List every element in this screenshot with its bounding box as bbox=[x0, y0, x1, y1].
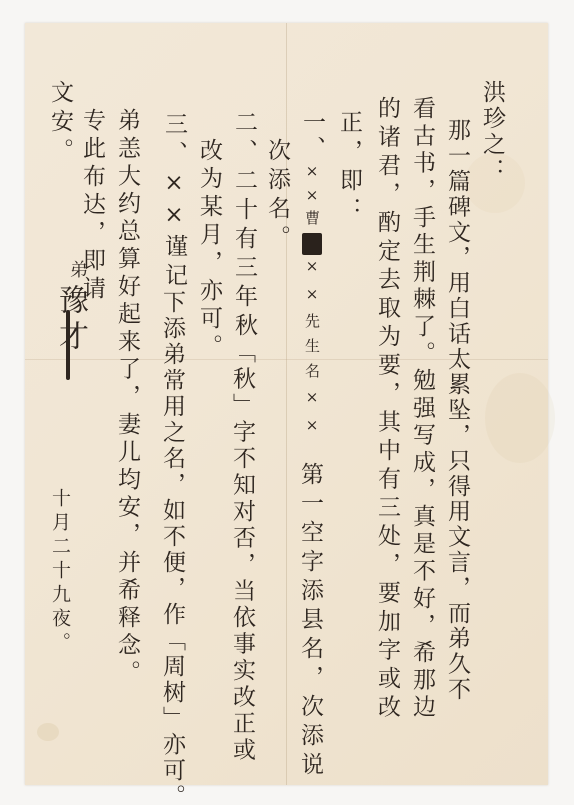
salutation: 洪珍之： bbox=[480, 80, 503, 184]
closing-line-1: 弟恙大约总算好起来了，妻儿均安，并希释念。 bbox=[115, 108, 138, 688]
body-line-3: 的诸君，酌定去取为要，其中有三处，要加字或改 bbox=[375, 96, 398, 723]
closing-line-3: 文安。 bbox=[48, 80, 71, 167]
paper-stain bbox=[37, 723, 59, 741]
item-1-continuation: 次添名。 bbox=[265, 138, 288, 254]
item-2-marker: 二、 bbox=[231, 110, 257, 168]
item-1-marker: 一、 bbox=[299, 110, 325, 162]
redaction-block bbox=[302, 233, 322, 255]
item-3-text: ××谨记 bbox=[161, 170, 187, 292]
signature-flourish bbox=[66, 310, 70, 380]
item-2-note: 「秋」字不知对否，当依事实改正或 bbox=[230, 340, 253, 764]
signature-name: 豫才 bbox=[55, 284, 85, 356]
paper-stain bbox=[485, 373, 555, 463]
signature-prefix: 弟 bbox=[68, 260, 86, 284]
body-line-4: 正，即： bbox=[337, 110, 360, 226]
item-2-line: 二、二十有三年秋 bbox=[232, 110, 255, 342]
item-1-note: 第一空字添县名，次添说 bbox=[298, 462, 321, 781]
item-3-line: 三、××谨记 bbox=[162, 112, 185, 292]
scan-background: 洪珍之： 那一篇碑文，用白话太累坠，只得用文言，而弟久不 看古书，手生荆棘了。勉… bbox=[0, 0, 574, 805]
item-1-line: 一、××曹××先生名×× bbox=[300, 110, 323, 444]
item-2-text: 二十有三年秋 bbox=[231, 168, 257, 342]
body-line-2: 看古书，手生荆棘了。勉强写成，真是不好，希那边 bbox=[410, 96, 433, 722]
item-1-text-a: ××曹 bbox=[303, 162, 321, 231]
item-1-text-b: ××先生名×× bbox=[303, 257, 321, 444]
item-3-marker: 三、 bbox=[161, 112, 187, 170]
item-3-note: 下添弟常用之名，如不便，作「周树」亦可。 bbox=[160, 290, 183, 805]
item-2-continuation: 改为某月，亦可。 bbox=[197, 138, 220, 362]
letter-date: 十月二十九夜。 bbox=[50, 488, 69, 656]
body-line-1: 那一篇碑文，用白话太累坠，只得用文言，而弟久不 bbox=[445, 118, 468, 702]
